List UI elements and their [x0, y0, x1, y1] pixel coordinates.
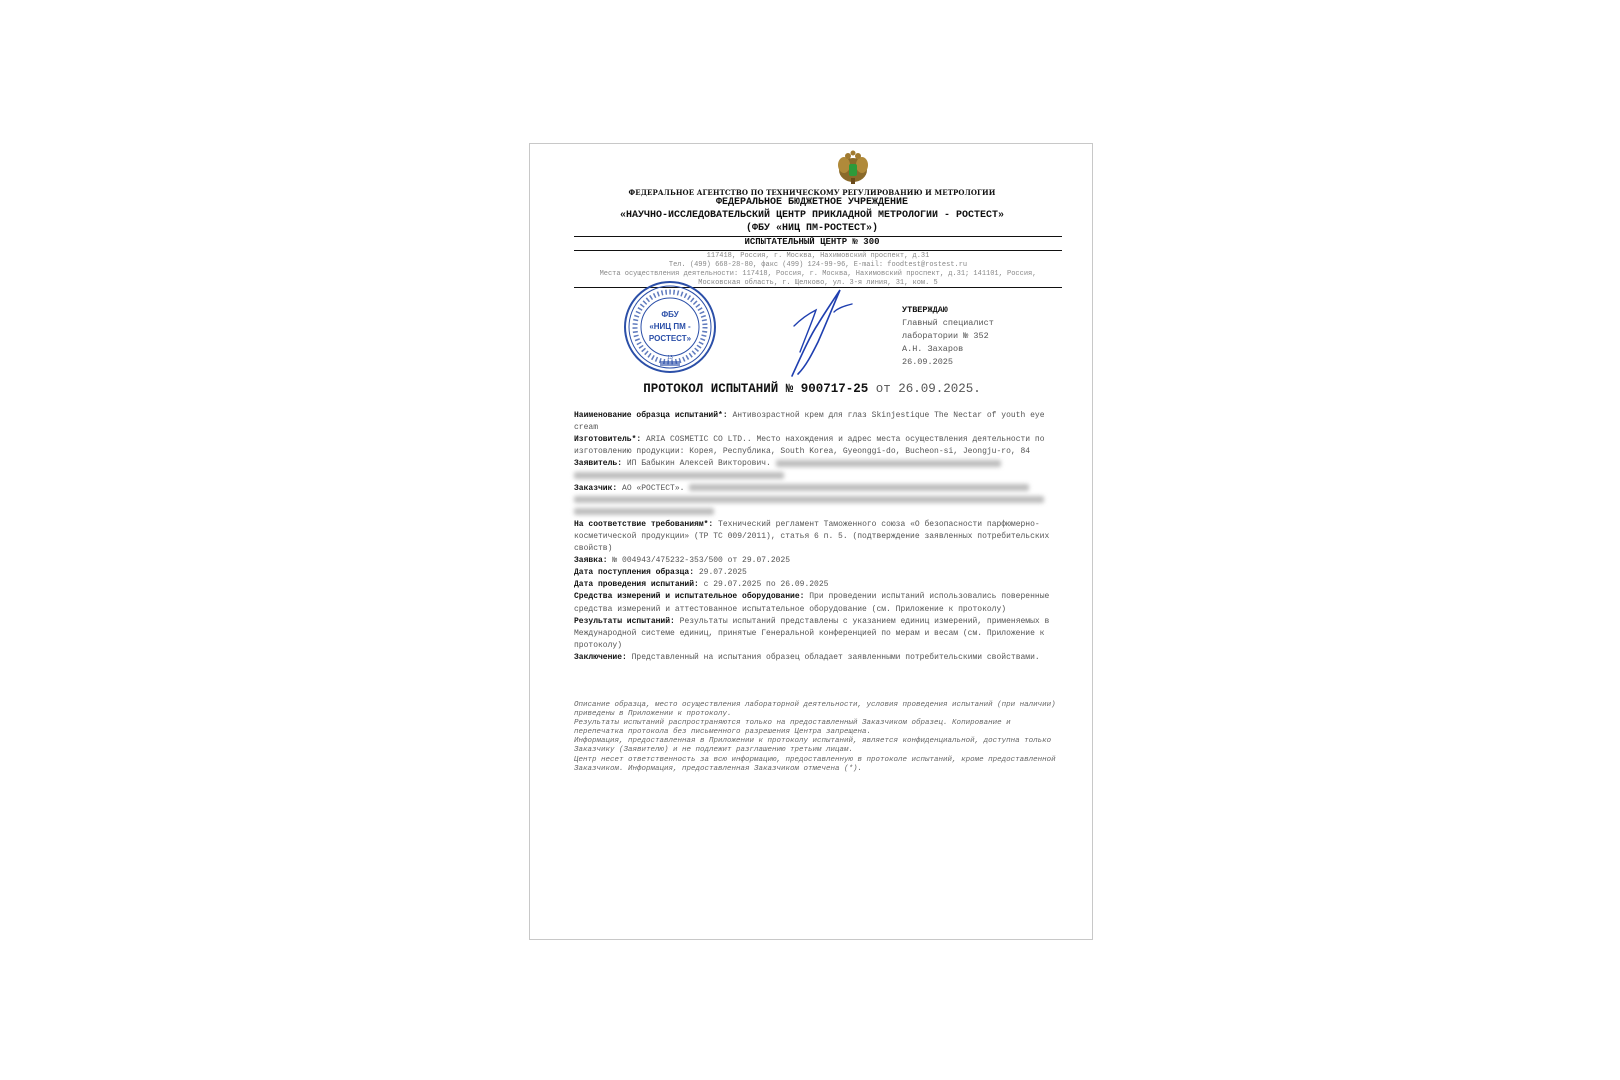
- institution-type: ФЕДЕРАЛЬНОЕ БЮДЖЕТНОЕ УЧРЕЖДЕНИЕ: [530, 197, 1094, 208]
- approval-lab: лаборатории № 352: [902, 330, 994, 343]
- note: Результаты испытаний распространяются то…: [574, 719, 1064, 737]
- contacts-line: Тел. (499) 668-28-80, факс (499) 124-99-…: [574, 261, 1062, 270]
- note: Описание образца, место осуществления ла…: [574, 701, 1064, 719]
- approval-name: А.Н. Захаров: [902, 343, 994, 356]
- header-rule-middle: [574, 250, 1062, 251]
- redacted-text: [689, 484, 1029, 491]
- protocol-date: 26.09.2025.: [898, 382, 981, 396]
- field-label: Заказчик:: [574, 484, 617, 493]
- protocol-date-prefix: от: [876, 382, 891, 396]
- note: Информация, предоставленная в Приложении…: [574, 737, 1064, 755]
- field-label: Изготовитель*:: [574, 435, 641, 444]
- field-label: Дата проведения испытаний:: [574, 580, 699, 589]
- field-label: Результаты испытаний:: [574, 617, 675, 626]
- redacted-text: [574, 508, 714, 515]
- field-label: Заключение:: [574, 653, 627, 662]
- note: Центр несет ответственность за всю инфор…: [574, 756, 1064, 774]
- field-value: АО «РОСТЕСТ».: [622, 484, 684, 493]
- field-label: Дата поступления образца:: [574, 568, 694, 577]
- protocol-number: ПРОТОКОЛ ИСПЫТАНИЙ № 900717-25: [643, 382, 868, 396]
- field-test-dates: Дата проведения испытаний: с 29.07.2025 …: [574, 579, 1064, 591]
- stamp-number: 13: [667, 355, 673, 361]
- field-label: Заявка:: [574, 556, 608, 565]
- protocol-title: ПРОТОКОЛ ИСПЫТАНИЙ № 900717-25 от 26.09.…: [530, 382, 1094, 396]
- protocol-notes: Описание образца, место осуществления ла…: [574, 701, 1064, 774]
- approval-position: Главный специалист: [902, 317, 994, 330]
- field-customer: Заказчик: АО «РОСТЕСТ».: [574, 483, 1064, 519]
- document-page: ФЕДЕРАЛЬНОЕ АГЕНТСТВО ПО ТЕХНИЧЕСКОМУ РЕ…: [529, 143, 1093, 940]
- redacted-text: [574, 496, 1044, 503]
- field-label: На соответствие требованиям*:: [574, 520, 713, 529]
- field-manufacturer: Изготовитель*: ARIA COSMETIC CO LTD.. Ме…: [574, 434, 1064, 458]
- field-value: с 29.07.2025 по 26.09.2025: [704, 580, 829, 589]
- institution-short-name: (ФБУ «НИЦ ПМ-РОСТЕСТ»): [530, 223, 1094, 234]
- field-receipt-date: Дата поступления образца: 29.07.2025: [574, 567, 1064, 579]
- field-value: № 004943/475232-353/500 от 29.07.2025: [612, 556, 790, 565]
- field-results: Результаты испытаний: Результаты испытан…: [574, 616, 1064, 652]
- signature-icon: [788, 284, 858, 379]
- field-value: 29.07.2025: [699, 568, 747, 577]
- field-applicant: Заявитель: ИП Бабыкин Алексей Викторович…: [574, 458, 1064, 482]
- field-label: Средства измерений и испытательное обору…: [574, 592, 804, 601]
- agency-name: ФЕДЕРАЛЬНОЕ АГЕНТСТВО ПО ТЕХНИЧЕСКОМУ РЕ…: [530, 188, 1094, 197]
- field-value: ИП Бабыкин Алексей Викторович.: [627, 459, 771, 468]
- approval-heading: УТВЕРЖДАЮ: [902, 304, 994, 317]
- official-stamp-icon: ФБУ «НИЦ ПМ - РОСТЕСТ» 13: [622, 279, 718, 375]
- field-value: ARIA COSMETIC CO LTD.. Место нахождения …: [574, 435, 1045, 456]
- institution-name: «НАУЧНО-ИССЛЕДОВАТЕЛЬСКИЙ ЦЕНТР ПРИКЛАДН…: [530, 210, 1094, 221]
- approval-date: 26.09.2025: [902, 356, 994, 369]
- redacted-text: [574, 472, 784, 479]
- coat-of-arms-icon: [835, 150, 871, 186]
- field-requirements: На соответствие требованиям*: Технически…: [574, 519, 1064, 555]
- stamp-line-2: «НИЦ ПМ -: [649, 322, 691, 331]
- address-line: 117418, Россия, г. Москва, Нахимовский п…: [574, 252, 1062, 261]
- field-label: Заявитель:: [574, 459, 622, 468]
- activity-places-line: Места осуществления деятельности: 117418…: [574, 270, 1062, 279]
- field-sample-name: Наименование образца испытаний*: Антивоз…: [574, 410, 1064, 434]
- test-center-name: ИСПЫТАТЕЛЬНЫЙ ЦЕНТР № 300: [530, 237, 1094, 247]
- field-equipment: Средства измерений и испытательное обору…: [574, 591, 1064, 615]
- redacted-text: [776, 460, 1001, 467]
- field-conclusion: Заключение: Представленный на испытания …: [574, 652, 1064, 664]
- field-value: Представленный на испытания образец обла…: [632, 653, 1040, 662]
- protocol-body: Наименование образца испытаний*: Антивоз…: [574, 410, 1064, 664]
- approval-block: УТВЕРЖДАЮ Главный специалист лаборатории…: [902, 304, 994, 369]
- stamp-line-1: ФБУ: [661, 310, 679, 319]
- field-application: Заявка: № 004943/475232-353/500 от 29.07…: [574, 555, 1064, 567]
- stamp-line-3: РОСТЕСТ»: [649, 334, 692, 343]
- field-label: Наименование образца испытаний*:: [574, 411, 728, 420]
